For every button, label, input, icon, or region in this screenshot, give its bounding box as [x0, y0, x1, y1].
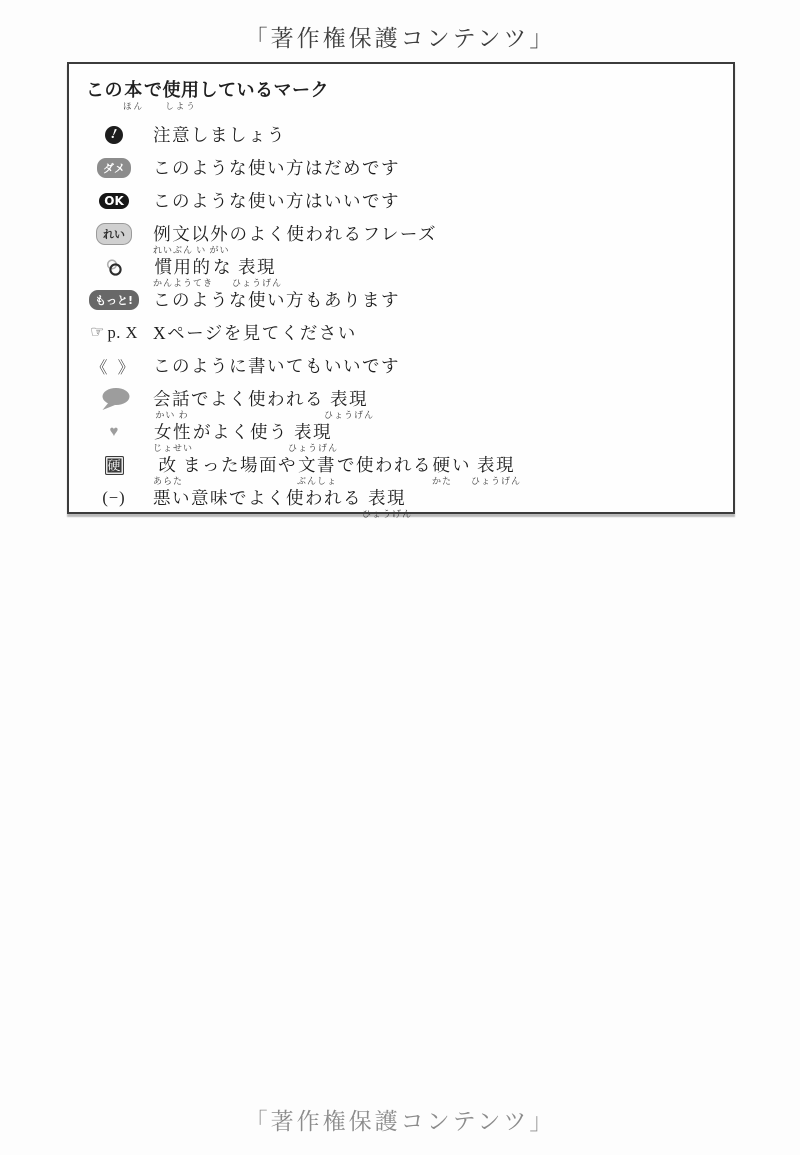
hard-kanji-icon: 硬 [105, 456, 124, 475]
icon-cell: ! [79, 124, 149, 146]
legend-row-idiom: 慣用的かんようてきな表現ひょうげん [79, 256, 719, 288]
minus-parens-mark: (−) [102, 488, 125, 508]
legend-row-feminine: ♥ 女性じょせいがよく使う表現ひょうげん [79, 421, 719, 453]
icon-cell: れい [79, 223, 149, 245]
row-text: このような使い方はだめです [153, 157, 400, 179]
copyright-header: 「著作権保護コンテンツ」 [0, 20, 800, 53]
page-reference-mark: ☞ p. X [90, 323, 138, 343]
row-text: このような使い方もあります [153, 289, 400, 311]
icon-cell: 《 》 [79, 355, 149, 377]
icon-cell: OK [79, 190, 149, 212]
icon-cell: ♥ [79, 421, 149, 443]
legend-row-formal: 硬 改あらたまった場面や文書ぶんしょで使われる硬かたい表現ひょうげん [79, 454, 719, 486]
rei-badge-icon: れい [96, 223, 132, 245]
legend-row-warning: ! 注意しましょう [79, 124, 719, 156]
legend-row-conversation: 会話かい わでよく使われる表現ひょうげん [79, 388, 719, 420]
row-text: 改あらたまった場面や文書ぶんしょで使われる硬かたい表現ひょうげん [153, 454, 521, 486]
icon-cell [79, 388, 149, 410]
legend-row-brackets: 《 》 このように書いてもいいです [79, 355, 719, 387]
icon-cell: もっと! [79, 289, 149, 311]
linked-rings-icon [104, 258, 124, 277]
icon-cell [79, 256, 149, 278]
icon-cell: (−) [79, 487, 149, 509]
page-ref-label: p. X [107, 323, 137, 343]
row-text: Xページを見てください [153, 322, 357, 344]
heart-icon: ♥ [110, 422, 119, 442]
exclamation-glyph: ! [110, 128, 118, 143]
icon-cell: ☞ p. X [79, 322, 149, 344]
legend-rows: ! 注意しましょう ダメ このような使い方はだめです OK このような使い方はい… [79, 124, 719, 519]
legend-box: この本ほんで使用しようしているマーク ! 注意しましょう ダメ このような使い方… [67, 62, 735, 514]
legend-row-rei: れい 例文以外れいぶん い がいのよく使われるフレーズ [79, 223, 719, 255]
dame-badge-icon: ダメ [97, 158, 131, 178]
row-text: 注意しましょう [153, 124, 286, 146]
row-text: 悪い意味でよく使われる表現ひょうげん [153, 487, 412, 519]
legend-row-dame: ダメ このような使い方はだめです [79, 157, 719, 189]
double-angle-brackets-mark: 《 》 [91, 354, 137, 378]
speech-bubble-icon [98, 387, 131, 412]
icon-cell: ダメ [79, 157, 149, 179]
legend-row-motto: もっと! このような使い方もあります [79, 289, 719, 321]
legend-row-page-ref: ☞ p. X Xページを見てください [79, 322, 719, 354]
pointing-hand-icon: ☞ [90, 324, 104, 342]
warning-icon: ! [105, 126, 123, 144]
row-text: 女性じょせいがよく使う表現ひょうげん [153, 421, 338, 453]
ok-badge-icon: OK [99, 193, 129, 209]
row-text: 会話かい わでよく使われる表現ひょうげん [153, 388, 374, 420]
motto-badge-icon: もっと! [89, 290, 139, 310]
row-text: このような使い方はいいです [153, 190, 400, 212]
icon-cell: 硬 [79, 454, 149, 476]
row-text: 慣用的かんようてきな表現ひょうげん [153, 256, 282, 288]
row-text: 例文以外れいぶん い がいのよく使われるフレーズ [153, 223, 437, 255]
row-text: このように書いてもいいです [153, 355, 400, 377]
copyright-footer: 「著作権保護コンテンツ」 [0, 1103, 800, 1136]
legend-row-ok: OK このような使い方はいいです [79, 190, 719, 222]
legend-title: この本ほんで使用しようしているマーク [86, 80, 719, 112]
legend-row-negative: (−) 悪い意味でよく使われる表現ひょうげん [79, 487, 719, 519]
